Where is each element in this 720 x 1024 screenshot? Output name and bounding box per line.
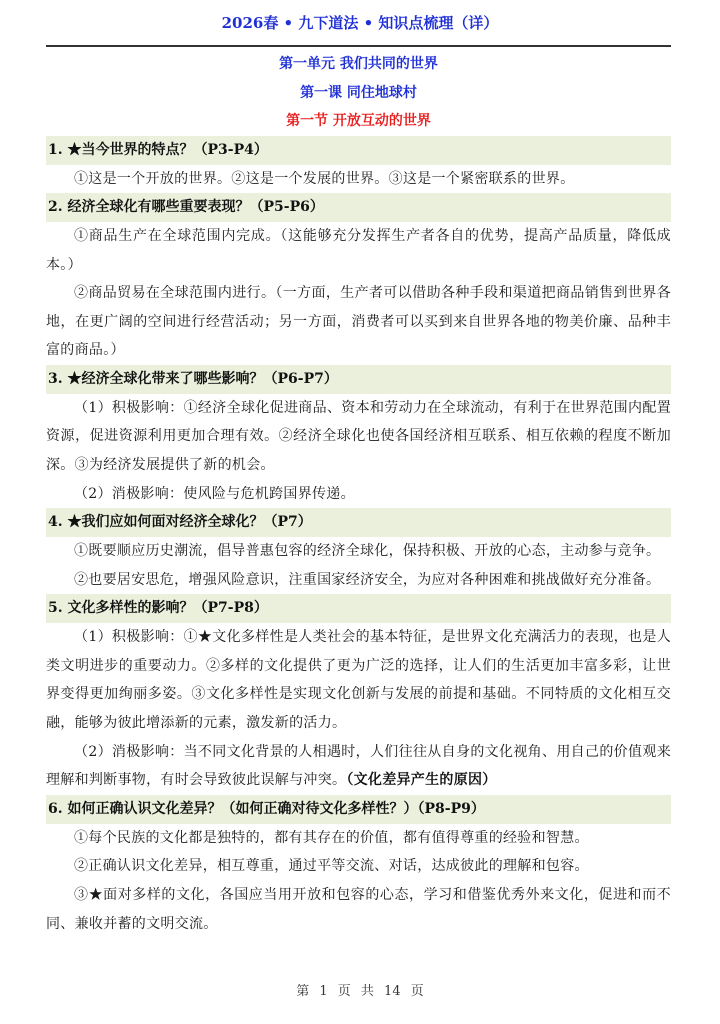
lesson-heading: 第一课 同住地球村 [46,79,671,108]
question-heading-2: 2. 经济全球化有哪些重要表现？（P5-P6） [46,193,671,222]
answer-paragraph: ②正确认识文化差异，相互尊重，通过平等交流、对话，达成彼此的理解和包容。 [46,852,671,881]
answer-paragraph: （2）消极影响：当不同文化背景的人相遇时，人们往往从自身的文化视角、用自己的价值… [46,738,671,795]
header-divider [46,45,671,47]
question-heading-1: 1. ★当今世界的特点？（P3-P4） [46,136,671,165]
document-body: 第一单元 我们共同的世界 第一课 同住地球村 第一节 开放互动的世界 1. ★当… [46,50,671,938]
answer-paragraph: ①每个民族的文化都是独特的，都有其存在的价值，都有值得尊重的经验和智慧。 [46,824,671,853]
answer-paragraph: （1）积极影响：①经济全球化促进商品、资本和劳动力在全球流动，有利于在世界范围内… [46,394,671,480]
document-header-title: 2026春 • 九下道法 • 知识点梳理（详） [0,12,720,34]
answer-paragraph: （1）积极影响：①★文化多样性是人类社会的基本特征，是世界文化充满活力的表现，也… [46,623,671,738]
section-heading: 第一节 开放互动的世界 [46,107,671,136]
unit-heading: 第一单元 我们共同的世界 [46,50,671,79]
question-heading-4: 4. ★我们应如何面对经济全球化？（P7） [46,508,671,537]
answer-paragraph: ②也要居安思危，增强风险意识，注重国家经济安全，为应对各种困难和挑战做好充分准备… [46,566,671,595]
question-heading-5: 5. 文化多样性的影响？（P7-P8） [46,594,671,623]
answer-paragraph: ③★面对多样的文化，各国应当用开放和包容的心态，学习和借鉴优秀外来文化，促进和而… [46,881,671,938]
emphasis-note: （文化差异产生的原因） [346,772,496,788]
answer-paragraph: ①商品生产在全球范围内完成。（这能够充分发挥生产者各自的优势，提高产品质量，降低… [46,222,671,279]
answer-paragraph: ②商品贸易在全球范围内进行。（一方面，生产者可以借助各种手段和渠道把商品销售到世… [46,279,671,365]
page-number: 第 1 页 共 14 页 [0,980,720,999]
answer-paragraph: （2）消极影响：使风险与危机跨国界传递。 [46,480,671,509]
question-heading-3: 3. ★经济全球化带来了哪些影响？（P6-P7） [46,365,671,394]
answer-paragraph: ①既要顺应历史潮流，倡导普惠包容的经济全球化，保持积极、开放的心态，主动参与竞争… [46,537,671,566]
answer-paragraph: ①这是一个开放的世界。②这是一个发展的世界。③这是一个紧密联系的世界。 [46,165,671,194]
question-heading-6: 6. 如何正确认识文化差异？（如何正确对待文化多样性？）（P8-P9） [46,795,671,824]
